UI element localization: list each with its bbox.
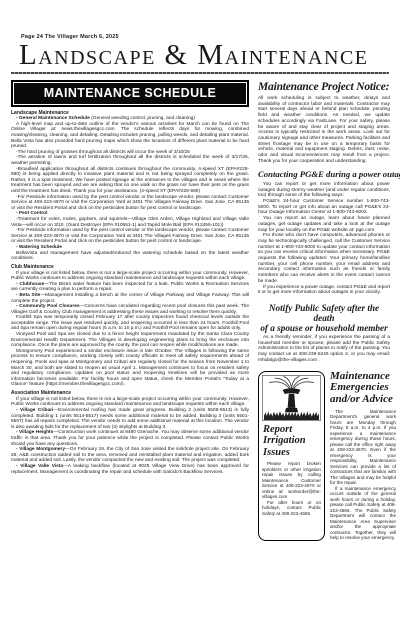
paragraph: For those who don't have computers, adva… (258, 233, 390, 284)
pge-heading: Contacting PG&E during a power outage (258, 170, 390, 180)
emergencies-heading: Maintenance Emergencies and/or Advice (330, 371, 396, 406)
report-irrigation-box: Report Irrigation Issues Please report b… (258, 371, 325, 541)
paragraph-lead: - Village Montgomery (16, 447, 65, 452)
notify-heading: Notify Public Safety after the death of … (258, 303, 390, 333)
paragraph: - Village Cribari—Environmental roofing … (11, 408, 249, 430)
paragraph: -For Pesticide information used by the p… (11, 228, 249, 245)
paragraph: Foothill Spa was temporarily closed Febr… (11, 315, 249, 332)
paragraph: If you experience a power outage, contac… (258, 285, 390, 296)
report-heading-line1: Report (263, 424, 292, 435)
bottom-split: Report Irrigation Issues Please report b… (258, 371, 390, 541)
report-irrigation-heading: Report Irrigation Issues (263, 424, 321, 459)
paragraph-lead: - Village Cribari (16, 408, 53, 413)
paragraph: -For Pesticide information used by the p… (11, 195, 249, 212)
paragraph-lead: - Village Heights (16, 430, 53, 435)
paragraph: Montgomery Pool experienced a similar en… (11, 349, 249, 388)
emergencies-body-1: The Maintenance Department's general wor… (330, 409, 396, 486)
paragraph-lead: - General Maintenance Schedule (16, 116, 90, 121)
columns: MAINTENANCE SCHEDULE Landscape Maintenan… (0, 79, 400, 541)
page-title: Landscape & Maintenance (19, 40, 389, 70)
pge-body: You can report or get more information a… (258, 182, 390, 296)
paragraph: BellaVista and management have adjusted/… (11, 251, 249, 262)
sprinkler-photo (262, 375, 321, 421)
report-body-1: Please report broken sprinklers or other… (262, 461, 321, 500)
sprinkler-icon (263, 376, 320, 420)
paragraph: You can report an outage, learn about fu… (258, 216, 390, 233)
paragraph: If your village is not listed below, the… (11, 397, 249, 408)
paragraph: If your village is not listed below, the… (11, 271, 249, 282)
paragraph: - Clubhouse—The Bistro water feature has… (11, 282, 249, 293)
paragraph: You can report or get more information a… (258, 182, 390, 199)
notice-body: All work scheduling is subject to weathe… (258, 96, 390, 164)
notify-body: As a friendly reminder, if you experienc… (258, 335, 390, 364)
paragraph: -Treatment for voles, moles, gophers, an… (11, 217, 249, 228)
report-heading-line2: Irrigation (263, 435, 306, 446)
maintenance-schedule-banner: MAINTENANCE SCHEDULE (13, 82, 247, 105)
schedule-body: Landscape Maintenance- General Maintenan… (11, 111, 249, 476)
notices-column: Maintenance Project Notice: All work sch… (258, 79, 390, 541)
paragraph: -Broadleaf application throughout all di… (11, 167, 249, 195)
title-rule (11, 72, 389, 74)
paragraph: PG&E's 24-hour Customer Service number 1… (258, 199, 390, 216)
notice-heading: Maintenance Project Notice: (258, 81, 390, 93)
maintenance-schedule-column: MAINTENANCE SCHEDULE Landscape Maintenan… (11, 79, 249, 475)
grass-silhouette (264, 411, 319, 420)
paragraph: - Village Valle Vista—A leaking backflow… (11, 464, 249, 475)
paragraph: -The aeration of lawns and turf fertiliz… (11, 155, 249, 166)
page-header: Page 24 The Villager March 6, 2025 Lands… (0, 0, 400, 74)
notify-heading-line2: of a spouse or household member (260, 323, 387, 333)
paragraph: - Beta Site—Management installing a benc… (11, 293, 249, 304)
paragraph: - Village Montgomery—On February 19, the… (11, 447, 249, 464)
emergencies-heading-line3: and/or Advice (330, 393, 393, 405)
maintenance-emergencies-section: Maintenance Emergencies and/or Advice Th… (330, 371, 396, 541)
paragraph: Vineyard Pool and Spa are closed due to … (11, 332, 249, 349)
paragraph-lead: - Pest Control (16, 211, 47, 216)
paragraph-lead: - Clubhouse (16, 282, 44, 287)
paragraph-lead: - Watering Schedule (16, 245, 62, 250)
emergencies-heading-line1: Maintenance (330, 370, 390, 382)
emergencies-heading-line2: Emergencies (330, 381, 389, 393)
paragraph: A high-level map and up-to-date outline … (11, 122, 249, 150)
newspaper-page: Page 24 The Villager March 6, 2025 Lands… (0, 0, 400, 618)
report-body-2: For after hours or on holidays, contact … (262, 500, 321, 517)
paragraph: - Community Pool Closures—Concerns have … (11, 304, 249, 315)
report-heading-line3: Issues (263, 447, 290, 458)
paragraph-lead: - Village Valle Vista (16, 464, 63, 469)
notify-heading-line1: Notify Public Safety after the death (269, 303, 379, 323)
paragraph-lead: - Beta Site (16, 293, 40, 298)
paragraph-lead: - Community Pool Closures (16, 304, 80, 309)
emergencies-body-2: If a maintenance emergency occurs outsid… (330, 486, 396, 541)
paragraph: - Village Heights—Construction work cont… (11, 430, 249, 447)
